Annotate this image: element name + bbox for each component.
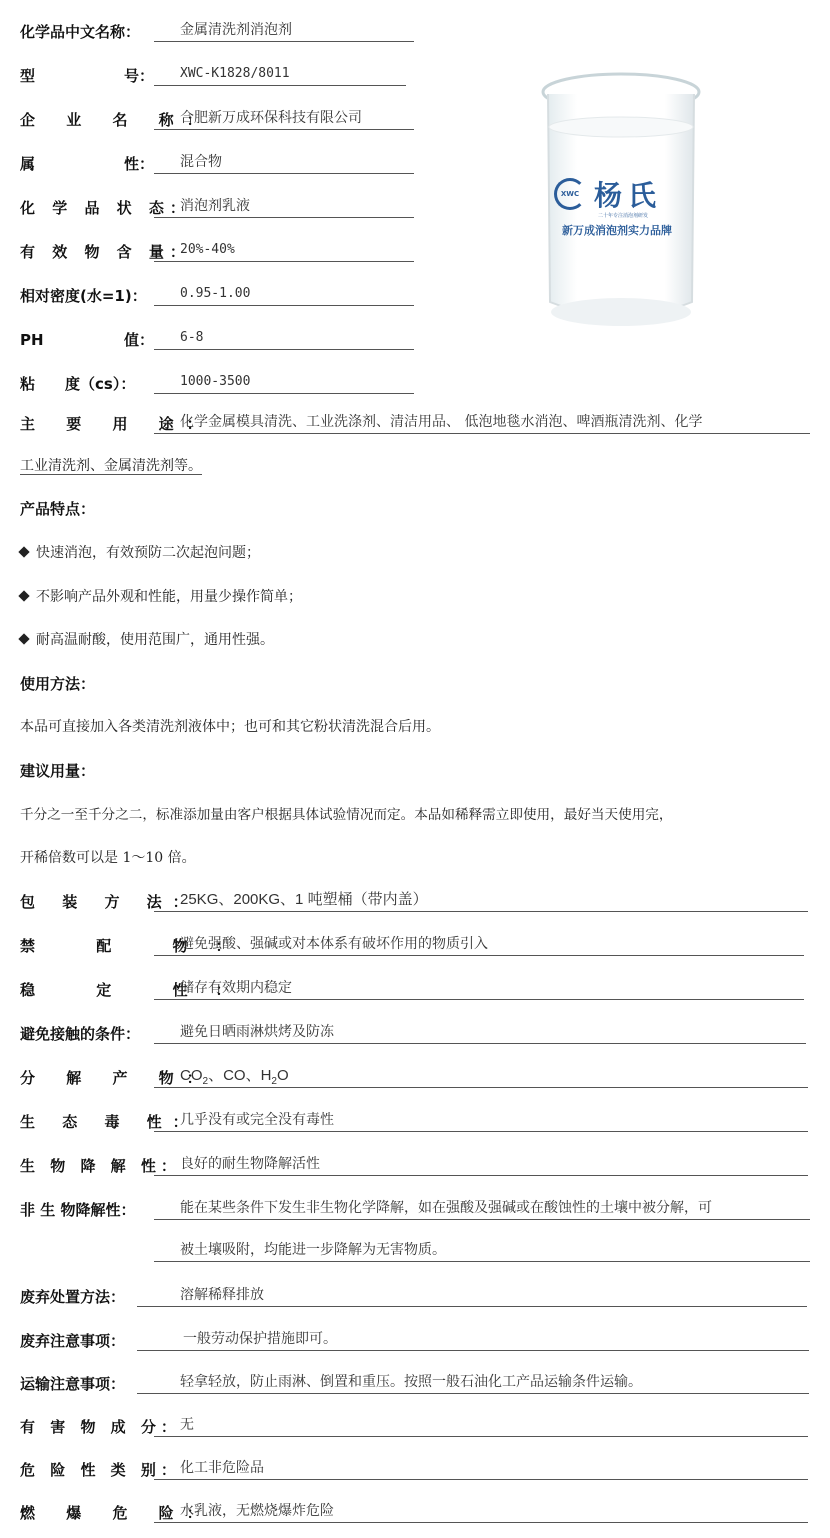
label-model-b: 号：: [124, 66, 154, 86]
field-content: 有 效 物 含 量：: [20, 238, 154, 262]
field-incompatible: 禁 配 物：: [20, 932, 154, 956]
label-biodegradability: 生 物 降 解 性：: [20, 1156, 154, 1176]
brand-tagline-small: 二十年专注消泡剂研发: [598, 212, 648, 219]
label-hazardous-components: 有 害 物 成 分：: [20, 1417, 154, 1437]
label-content: 有 效 物 含 量：: [20, 242, 154, 262]
field-abiotic-degradation: 非 生 物降解性：: [20, 1196, 154, 1220]
field-state: 化 学 品 状 态：: [20, 194, 154, 218]
value-viscosity: 1000-3500: [154, 372, 414, 394]
label-company: 企 业 名 称：: [20, 110, 154, 130]
label-disposal-method: 废弃处置方法：: [20, 1287, 136, 1307]
diamond-bullet-icon: [18, 633, 29, 644]
feature-item: 不影响产品外观和性能，用量少操作简单；: [20, 586, 302, 606]
value-content: 20%-40%: [154, 240, 414, 262]
value-hazardous-components: 无: [154, 1415, 808, 1437]
field-explosion-hazard: 燃 爆 危 险：: [20, 1499, 154, 1523]
value-transport-notes: 轻拿轻放，防止雨淋、倒置和重压。按照一般石油化工产品运输条件运输。: [137, 1372, 809, 1394]
value-avoid-conditions: 避免日晒雨淋烘烤及防冻: [154, 1022, 806, 1044]
value-usage-line1: 化学金属模具清洗、工业洗涤剂、清洁用品、 低泡地毯水消泡、啤酒瓶清洗剂、化学: [154, 412, 810, 434]
label-attr-b: 性：: [124, 154, 154, 174]
value-chinese-name: 金属清洗剂消泡剂: [154, 20, 414, 42]
label-visc-b: 度（cs）：: [65, 374, 135, 394]
field-company: 企 业 名 称：: [20, 106, 154, 130]
value-incompatible: 避免强酸、强碱或对本体系有破坏作用的物质引入: [154, 934, 804, 956]
label-stability: 稳 定 性：: [20, 980, 154, 1000]
value-company: 合肥新万成环保科技有限公司: [154, 108, 414, 130]
feature-item: 耐高温耐酸，使用范围广，通用性强。: [20, 629, 274, 649]
label-avoid-conditions: 避免接触的条件：: [20, 1024, 154, 1044]
value-attribute: 混合物: [154, 152, 414, 174]
field-viscosity: 粘 度（cs）：: [20, 370, 154, 394]
label-usage: 主 要 用 途：: [20, 414, 154, 434]
value-decomposition: CO2、CO、H2O: [154, 1066, 808, 1088]
field-hazard-class: 危 险 性 类 别：: [20, 1456, 154, 1480]
value-stability: 储存有效期内稳定: [154, 978, 804, 1000]
brand-logo: XWC 杨氏: [554, 174, 704, 214]
label-density: 相对密度(水=1)：: [20, 286, 154, 306]
value-disposal-notes: 一般劳动保护措施即可。: [137, 1329, 809, 1351]
label-chinese-name: 化学品中文名称：: [20, 22, 154, 42]
label-incompatible: 禁 配 物：: [20, 936, 154, 956]
field-ecotoxicity: 生 态 毒 性：: [20, 1108, 154, 1132]
value-abiotic-degradation-line1: 能在某些条件下发生非生物化学降解，如在强酸及强碱或在酸蚀性的土壤中被分解，可: [154, 1198, 810, 1220]
label-decomposition: 分 解 产 物：: [20, 1068, 154, 1088]
value-biodegradability: 良好的耐生物降解活性: [154, 1154, 808, 1176]
brand-tagline: 新万成消泡剂实力品牌: [562, 222, 672, 238]
label-hazard-class: 危 险 性 类 别：: [20, 1460, 154, 1480]
field-ph: PH 值：: [20, 326, 154, 350]
field-model: 型 号：: [20, 62, 154, 86]
field-disposal-notes: 废弃注意事项：: [20, 1327, 136, 1351]
label-abiotic-degradation: 非 生 物降解性：: [20, 1200, 154, 1220]
field-disposal-method: 废弃处置方法：: [20, 1283, 136, 1307]
value-ph: 6-8: [154, 328, 414, 350]
label-ph-a: PH: [20, 330, 44, 350]
label-ph-b: 值：: [124, 330, 154, 350]
field-chinese-name: 化学品中文名称：: [20, 18, 154, 42]
dosage-text-line2: 开稀倍数可以是 1～10 倍。: [20, 847, 196, 867]
value-abiotic-degradation-line2: 被土壤吸附，均能进一步降解为无害物质。: [154, 1240, 810, 1262]
value-hazard-class: 化工非危险品: [154, 1458, 808, 1480]
value-density: 0.95-1.00: [154, 284, 414, 306]
diamond-bullet-icon: [18, 546, 29, 557]
dosage-heading: 建议用量：: [20, 760, 95, 781]
field-biodegradability: 生 物 降 解 性：: [20, 1152, 154, 1176]
label-explosion-hazard: 燃 爆 危 险：: [20, 1503, 154, 1523]
field-stability: 稳 定 性：: [20, 976, 154, 1000]
field-density: 相对密度(水=1)：: [20, 282, 154, 306]
value-usage-line2: 工业清洗剂、金属清洗剂等。: [20, 455, 202, 475]
diamond-bullet-icon: [18, 590, 29, 601]
value-state: 消泡剂乳液: [154, 196, 414, 218]
value-ecotoxicity: 几乎没有或完全没有毒性: [154, 1110, 808, 1132]
features-heading: 产品特点：: [20, 498, 95, 519]
xwc-logo-icon: XWC: [554, 178, 586, 210]
method-heading: 使用方法：: [20, 673, 95, 694]
product-beaker-image: XWC 杨氏 二十年专注消泡剂研发 新万成消泡剂实力品牌: [536, 62, 706, 332]
label-transport-notes: 运输注意事项：: [20, 1374, 136, 1394]
field-usage: 主 要 用 途：: [20, 410, 154, 434]
method-text: 本品可直接加入各类清洗剂液体中；也可和其它粉状清洗混合后用。: [20, 716, 440, 736]
value-disposal-method: 溶解稀释排放: [137, 1285, 807, 1307]
label-ecotoxicity: 生 态 毒 性：: [20, 1112, 154, 1132]
label-model-a: 型: [20, 66, 35, 86]
label-attr-a: 属: [20, 154, 35, 174]
field-hazardous-components: 有 害 物 成 分：: [20, 1413, 154, 1437]
field-attribute: 属 性：: [20, 150, 154, 174]
label-state: 化 学 品 状 态：: [20, 198, 154, 218]
value-packaging: 25KG、200KG、1 吨塑桶（带内盖）: [154, 890, 808, 912]
value-model: XWC-K1828/8011: [154, 64, 406, 86]
field-decomposition: 分 解 产 物：: [20, 1064, 154, 1088]
label-disposal-notes: 废弃注意事项：: [20, 1331, 136, 1351]
feature-item: 快速消泡，有效预防二次起泡问题；: [20, 542, 260, 562]
field-avoid-conditions: 避免接触的条件：: [20, 1020, 154, 1044]
label-visc-a: 粘: [20, 374, 35, 394]
field-packaging: 包 装 方 法：: [20, 888, 154, 912]
brand-name: 杨氏: [594, 174, 662, 214]
field-transport-notes: 运输注意事项：: [20, 1370, 136, 1394]
value-explosion-hazard: 水乳液，无燃烧爆炸危险: [154, 1501, 808, 1523]
dosage-text-line1: 千分之一至千分之二，标准添加量由客户根据具体试验情况而定。本品如稀释需立即使用，…: [20, 803, 673, 823]
label-packaging: 包 装 方 法：: [20, 892, 154, 912]
